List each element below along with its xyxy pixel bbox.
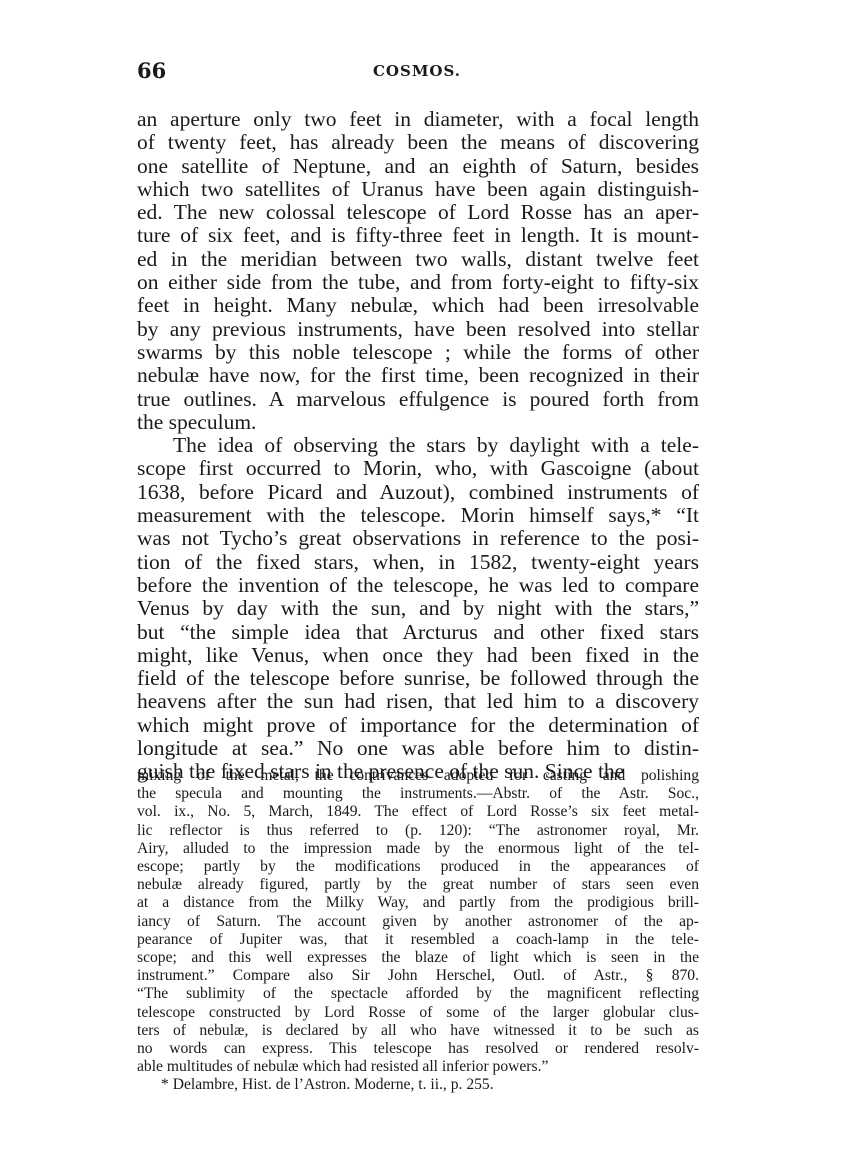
footnote-continued: mixing of the metal, the contrivances ad… [137,767,699,1076]
text-line: heavens after the sun had risen, that le… [137,690,699,713]
text-line: The idea of observing the stars by dayli… [137,434,699,457]
text-line: able multitudes of nebulæ which had resi… [137,1058,699,1076]
text-line: scope first occurred to Morin, who, with… [137,457,699,480]
text-line: the speculum. [137,411,699,434]
paragraph-1: an aperture only two feet in diameter, w… [137,108,699,434]
text-line: the specula and mounting the instruments… [137,785,699,803]
text-line: no words can express. This telescope has… [137,1040,699,1058]
page-header: 66 COSMOS. [137,58,697,88]
text-line: lic reflector is thus referred to (p. 12… [137,822,699,840]
text-line: Airy, alluded to the impression made by … [137,840,699,858]
text-line: measurement with the telescope. Morin hi… [137,504,699,527]
text-line: tion of the fixed stars, when, in 1582, … [137,551,699,574]
text-line: feet in height. Many nebulæ, which had b… [137,294,699,317]
text-line: 1638, before Picard and Auzout), combine… [137,481,699,504]
footnote-star-text: * Delambre, Hist. de l’Astron. Moderne, … [161,1076,699,1094]
text-line: iancy of Saturn. The account given by an… [137,913,699,931]
text-line: ed in the meridian between two walls, di… [137,248,699,271]
text-line: of twenty feet, has already been the mea… [137,131,699,154]
text-line: one satellite of Neptune, and an eighth … [137,155,699,178]
text-line: pearance of Jupiter was, that it resembl… [137,931,699,949]
text-line: nebulæ already figured, partly by the gr… [137,876,699,894]
footnote-star: * Delambre, Hist. de l’Astron. Moderne, … [137,1076,699,1094]
text-line: might, like Venus, when once they had be… [137,644,699,667]
text-line: at a distance from the Milky Way, and pa… [137,894,699,912]
text-line: ters of nebulæ, is declared by all who h… [137,1022,699,1040]
text-line: which two satellites of Uranus have been… [137,178,699,201]
text-line: ture of six feet, and is fifty-three fee… [137,224,699,247]
text-line: field of the telescope before sunrise, b… [137,667,699,690]
text-line: mixing of the metal, the contrivances ad… [137,767,699,785]
text-line: which might prove of importance for the … [137,714,699,737]
text-line: scope; and this well expresses the blaze… [137,949,699,967]
text-line: by any previous instruments, have been r… [137,318,699,341]
text-line: but “the simple idea that Arcturus and o… [137,621,699,644]
text-line: was not Tycho’s great observations in re… [137,527,699,550]
text-line: “The sublimity of the spectacle afforded… [137,985,699,1003]
footnotes: mixing of the metal, the contrivances ad… [137,767,699,1095]
text-line: swarms by this noble telescope ; while t… [137,341,699,364]
text-line: before the invention of the telescope, h… [137,574,699,597]
text-line: instrument.” Compare also Sir John Hersc… [137,967,699,985]
text-line: nebulæ have now, for the first time, bee… [137,364,699,387]
text-line: ed. The new colossal telescope of Lord R… [137,201,699,224]
text-line: true outlines. A marvelous effulgence is… [137,388,699,411]
paragraph-2: The idea of observing the stars by dayli… [137,434,699,783]
text-line: escope; partly by the modifications prod… [137,858,699,876]
text-line: on either side from the tube, and from f… [137,271,699,294]
main-text: an aperture only two feet in diameter, w… [137,108,699,784]
text-line: telescope constructed by Lord Rosse of s… [137,1004,699,1022]
text-line: Venus by day with the sun, and by night … [137,597,699,620]
text-line: an aperture only two feet in diameter, w… [137,108,699,131]
text-line: vol. ix., No. 5, March, 1849. The effect… [137,803,699,821]
text-line: longitude at sea.” No one was able befor… [137,737,699,760]
running-title: COSMOS. [137,62,697,80]
